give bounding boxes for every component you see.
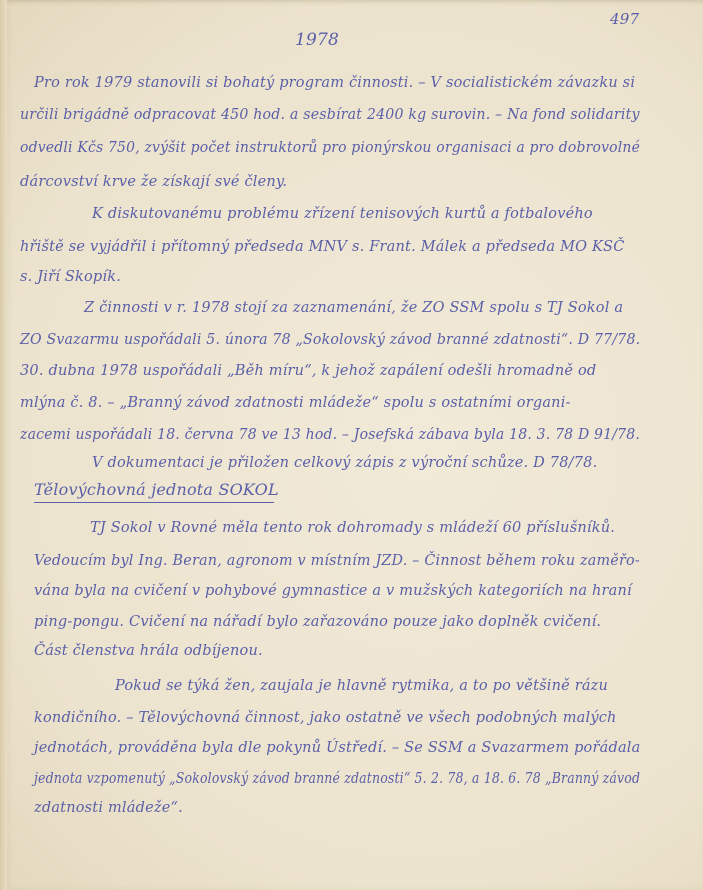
text-line: kondičního. – Tělovýchovná činnost, jako…: [34, 710, 617, 726]
text-line: Pro rok 1979 stanovili si bohatý program…: [34, 75, 635, 91]
text-line: ping-pongu. Cvičení na nářadí bylo zařaz…: [34, 614, 601, 630]
document-page: 497 1978 Pro rok 1979 stanovili si bohat…: [0, 0, 703, 890]
text-line: K diskutovanému problému zřízení tenisov…: [92, 206, 593, 222]
section-heading: Tělovýchovná jednota SOKOL: [34, 480, 274, 503]
text-line: Vedoucím byl Ing. Beran, agronom v místn…: [34, 553, 640, 569]
text-line: Z činnosti v r. 1978 stojí za zaznamenán…: [84, 300, 623, 316]
text-line: vána byla na cvičení v pohybové gymnasti…: [34, 583, 632, 599]
text-line: odvedli Kčs 750, zvýšit počet instruktor…: [20, 140, 640, 156]
text-line: Část členstva hrála odbíjenou.: [34, 643, 263, 659]
text-line: jednota vzpomenutý „Sokolovský závod bra…: [34, 771, 640, 787]
text-line: zdatnosti mládeže“.: [34, 800, 183, 816]
page-binding-edge: [0, 0, 7, 890]
text-line: určili brigádně odpracovat 450 hod. a se…: [20, 107, 640, 123]
text-line: ZO Svazarmu uspořádali 5. února 78 „Soko…: [20, 332, 640, 348]
text-line: jednotách, prováděna byla dle pokynů Úst…: [34, 740, 640, 756]
text-line: hřiště se vyjádřil i přítomný předseda M…: [20, 239, 625, 255]
text-line: dárcovství krve že získají své členy.: [20, 174, 287, 190]
text-line: Pokud se týká žen, zaujala je hlavně ryt…: [115, 678, 608, 694]
text-line: 30. dubna 1978 uspořádali „Běh míru“, k …: [20, 363, 596, 379]
text-line: zacemi uspořádali 18. června 78 ve 13 ho…: [20, 427, 640, 443]
text-line: mlýna č. 8. – „Branný závod zdatnosti ml…: [20, 395, 571, 411]
year-heading: 1978: [295, 30, 339, 50]
page-number: 497: [610, 10, 639, 28]
text-line: V dokumentaci je přiložen celkový zápis …: [92, 455, 597, 471]
text-line: TJ Sokol v Rovné měla tento rok dohromad…: [90, 520, 615, 536]
text-line: s. Jiří Skopík.: [20, 269, 121, 285]
